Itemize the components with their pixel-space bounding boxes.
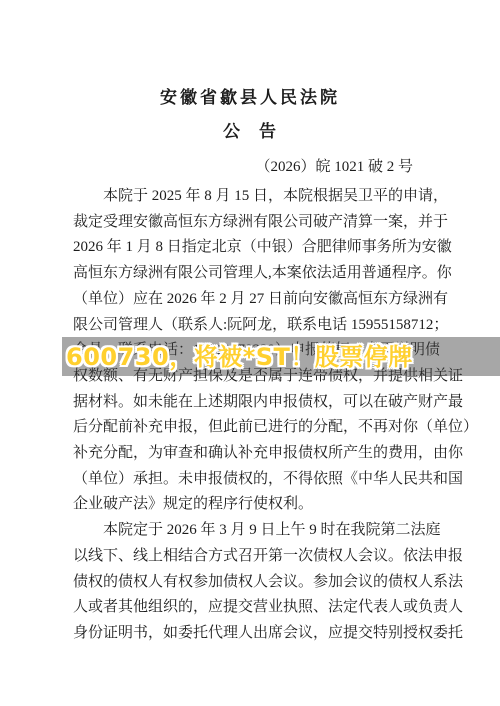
doc-line: 企业破产法》规定的程序行使权利。	[73, 492, 430, 518]
doc-line: 本院于 2025 年 8 月 15 日，本院根据吴卫平的申请，	[73, 184, 430, 210]
headline-text: 600730，将被*ST！股票停牌	[62, 345, 413, 369]
doc-line: 债权的债权人有权参加债权人会议。参加会议的债权人系法	[73, 570, 430, 596]
doc-line: 高恒东方绿洲有限公司管理人,本案依法适用普通程序。你	[73, 261, 430, 287]
doc-line: 补充分配，为审查和确认补充申报债权所产生的费用，由你	[73, 441, 430, 467]
doc-line: 据材料。如未能在上述期限内申报债权，可以在破产财产最	[73, 390, 430, 416]
doc-line: 人或者其他组织的，应提交营业执照、法定代表人或负责人	[73, 595, 430, 621]
court-notice-page: 安徽省歙县人民法院 公 告 （2026）皖 1021 破 2 号 本院于 202…	[0, 0, 500, 706]
doc-line: （单位）承担。未申报债权的，不得依照《中华人民共和国	[73, 467, 430, 493]
document-title: 公 告	[0, 117, 500, 142]
headline-band: 600730，将被*ST！股票停牌	[62, 337, 500, 376]
doc-line: 限公司管理人（联系人:阮阿龙，联系电话 15955158712；	[73, 313, 430, 339]
doc-line: 2026 年 1 月 8 日指定北京（中银）合肥律师事务所为安徽	[73, 235, 430, 261]
court-name: 安徽省歙县人民法院	[0, 0, 500, 108]
case-number: （2026）皖 1021 破 2 号	[0, 155, 500, 176]
doc-line: 本院定于 2026 年 3 月 9 日上午 9 时在我院第二法庭	[73, 518, 430, 544]
doc-line: （单位）应在 2026 年 2 月 27 日前向安徽高恒东方绿洲有	[73, 287, 430, 313]
doc-line: 后分配前补充申报，但此前已进行的分配，不再对你（单位）	[73, 415, 430, 441]
doc-line: 裁定受理安徽高恒东方绿洲有限公司破产清算一案，并于	[73, 210, 430, 236]
doc-line: 身份证明书，如委托代理人出席会议，应提交特别授权委托	[73, 621, 430, 647]
paragraph-2: 本院定于 2026 年 3 月 9 日上午 9 时在我院第二法庭 以线下、线上相…	[73, 518, 430, 647]
notice-body: 本院于 2025 年 8 月 15 日，本院根据吴卫平的申请， 裁定受理安徽高恒…	[73, 184, 430, 647]
doc-line: 以线下、线上相结合方式召开第一次债权人会议。依法申报	[73, 544, 430, 570]
